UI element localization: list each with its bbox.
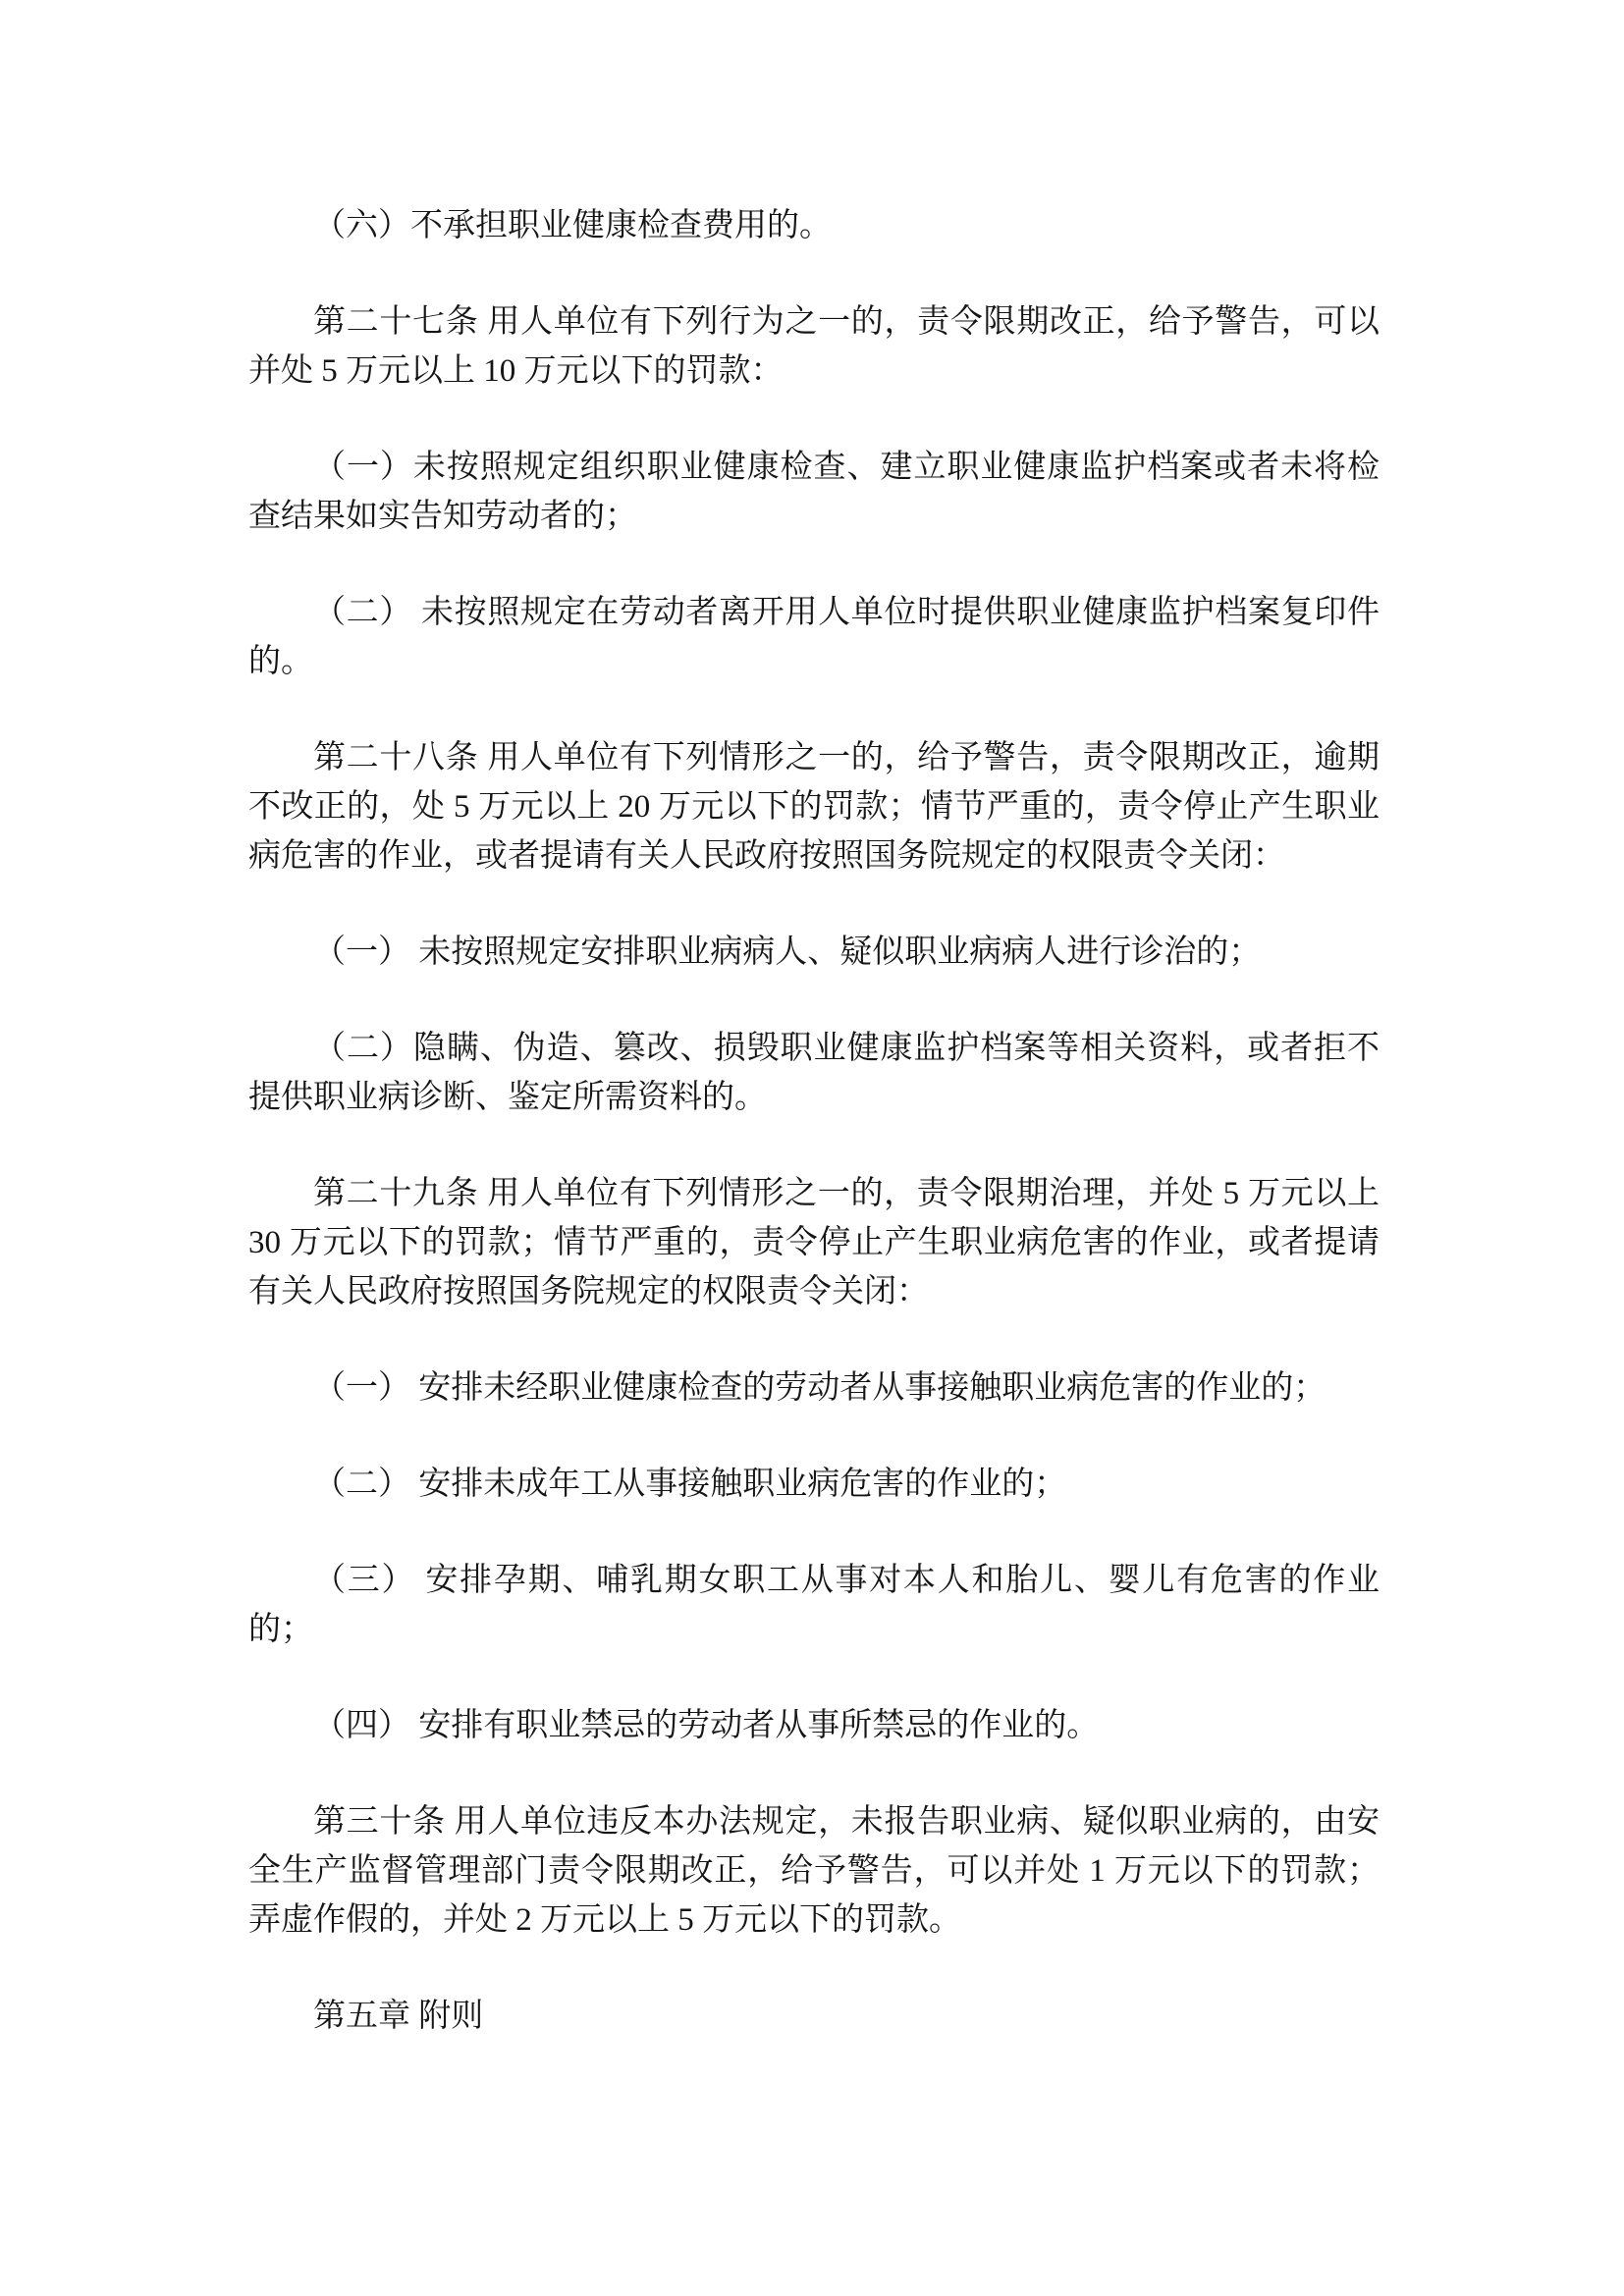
paragraph-7: （二）隐瞒、伪造、篡改、损毁职业健康监护档案等相关资料，或者拒不提供职业病诊断、… xyxy=(248,1024,1380,1122)
paragraph-11: （三） 安排孕期、哺乳期女职工从事对本人和胎儿、婴儿有危害的作业的； xyxy=(248,1556,1380,1654)
paragraph-1: （六）不承担职业健康检查费用的。 xyxy=(248,201,1380,250)
chapter-heading: 第五章 附则 xyxy=(248,1992,1380,2041)
paragraph-4: （二） 未按照规定在劳动者离开用人单位时提供职业健康监护档案复印件的。 xyxy=(248,588,1380,686)
paragraph-9: （一） 安排未经职业健康检查的劳动者从事接触职业病危害的作业的； xyxy=(248,1363,1380,1413)
paragraph-13: 第三十条 用人单位违反本办法规定，未报告职业病、疑似职业病的，由安全生产监督管理… xyxy=(248,1797,1380,1945)
paragraph-10: （二） 安排未成年工从事接触职业病危害的作业的； xyxy=(248,1460,1380,1509)
document-page: （六）不承担职业健康检查费用的。第二十七条 用人单位有下列行为之一的，责令限期改… xyxy=(0,0,1624,2296)
document-body: （六）不承担职业健康检查费用的。第二十七条 用人单位有下列行为之一的，责令限期改… xyxy=(248,201,1380,2041)
paragraph-2: 第二十七条 用人单位有下列行为之一的，责令限期改正，给予警告，可以并处 5 万元… xyxy=(248,297,1380,396)
paragraph-3: （一）未按照规定组织职业健康检查、建立职业健康监护档案或者未将检查结果如实告知劳… xyxy=(248,443,1380,541)
paragraph-12: （四） 安排有职业禁忌的劳动者从事所禁忌的作业的。 xyxy=(248,1701,1380,1750)
paragraph-6: （一） 未按照规定安排职业病病人、疑似职业病病人进行诊治的； xyxy=(248,928,1380,977)
paragraph-5: 第二十八条 用人单位有下列情形之一的，给予警告，责令限期改正，逾期不改正的，处 … xyxy=(248,733,1380,881)
paragraph-8: 第二十九条 用人单位有下列情形之一的，责令限期治理，并处 5 万元以上 30 万… xyxy=(248,1169,1380,1316)
